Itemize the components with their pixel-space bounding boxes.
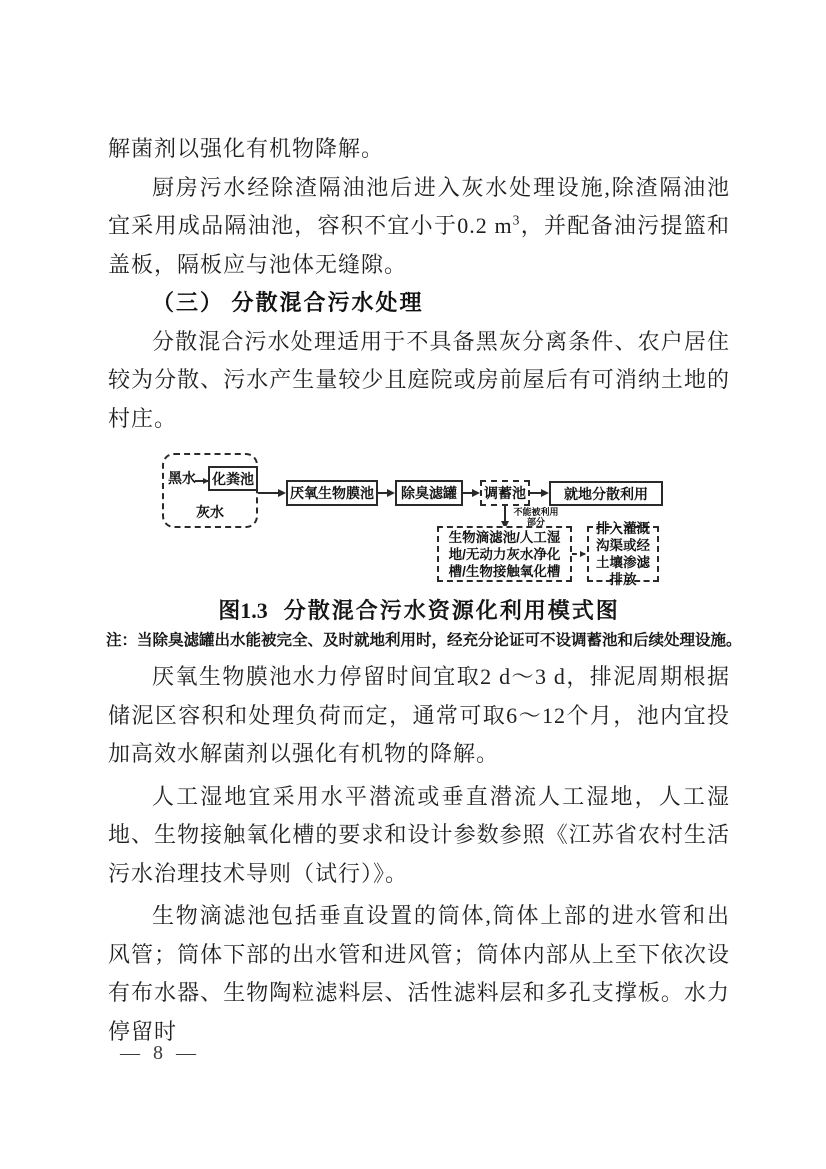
arrow-secondary-to-discharge-icon — [572, 553, 585, 555]
flow-box-discharge: 排入灌溉沟渠或经土壤渗滤排放 — [587, 526, 659, 582]
section-heading-3: （三） 分散混合污水处理 — [108, 284, 730, 323]
flow-box-deodorizing-filter: 除臭滤罐 — [395, 480, 463, 506]
arrow-deodor-to-regulating-icon — [463, 492, 478, 494]
paragraph-biofilter: 生物滴滤池包括垂直设置的筒体,筒体上部的进水管和出风管；筒体下部的出水管和进风管… — [108, 897, 730, 1051]
paragraph-intro: 分散混合污水处理适用于不具备黑灰分离条件、农户居住较为分散、污水产生量较少且庭院… — [108, 323, 730, 439]
paragraph-wetland: 人工湿地宜采用水平潜流或垂直潜流人工湿地，人工湿地、生物接触氧化槽的要求和设计参… — [108, 778, 730, 894]
flow-box-anaerobic-tank: 厌氧生物膜池 — [286, 480, 378, 506]
paragraph-kitchen-wastewater: 厨房污水经除渣隔油池后进入灰水处理设施,除渣隔油池宜采用成品隔油池，容积不宜小于… — [108, 169, 730, 285]
flow-box-septic-tank: 化粪池 — [208, 466, 258, 491]
arrow-anaerobic-to-deodor-icon — [378, 492, 393, 494]
figure-caption: 图1.3分散混合污水资源化利用模式图 — [108, 596, 730, 626]
page-content: 解菌剂以强化有机物降解。 厨房污水经除渣隔油池后进入灰水处理设施,除渣隔油池宜采… — [108, 0, 730, 1051]
flow-label-greywater: 灰水 — [164, 502, 256, 522]
document-page: 解菌剂以强化有机物降解。 厨房污水经除渣隔油池后进入灰水处理设施,除渣隔油池宜采… — [0, 0, 826, 1169]
flow-label-blackwater: 黑水 — [168, 468, 196, 488]
flow-box-regulating-tank: 调蓄池 — [480, 480, 530, 506]
arrow-regulating-down-icon — [504, 506, 506, 526]
page-number: — 8 — — [120, 1042, 200, 1065]
arrow-blackwater-to-septic-icon — [195, 480, 208, 482]
arrow-group-to-anaerobic-icon — [258, 492, 284, 494]
arrow-regulating-to-localuse-icon — [530, 492, 547, 494]
flow-diagram: 黑水 化粪池 灰水 厌氧生物膜池 除臭滤罐 调蓄池 就地分散利用 不能被利用 部… — [108, 450, 730, 588]
flow-label-unused-portion: 不能被利用 部分 — [508, 507, 564, 527]
flow-box-local-use: 就地分散利用 — [549, 481, 663, 506]
paragraph-continuation: 解菌剂以强化有机物降解。 — [108, 130, 730, 169]
figure-note: 注：当除臭滤罐出水能被完全、及时就地利用时，经充分论证可不设调蓄池和后续处理设施… — [106, 630, 730, 651]
figure-caption-number: 图1.3 — [218, 598, 268, 623]
paragraph-anaerobic: 厌氧生物膜池水力停留时间宜取2 d～3 d，排泥周期根据储泥区容积和处理负荷而定… — [108, 658, 730, 774]
flow-group-household: 黑水 化粪池 灰水 — [162, 453, 258, 528]
flow-box-secondary-treatment: 生物滴滤池/人工湿地/无动力灰水净化槽/生物接触氧化槽 — [437, 526, 572, 582]
figure-caption-title: 分散混合污水资源化利用模式图 — [284, 598, 620, 623]
